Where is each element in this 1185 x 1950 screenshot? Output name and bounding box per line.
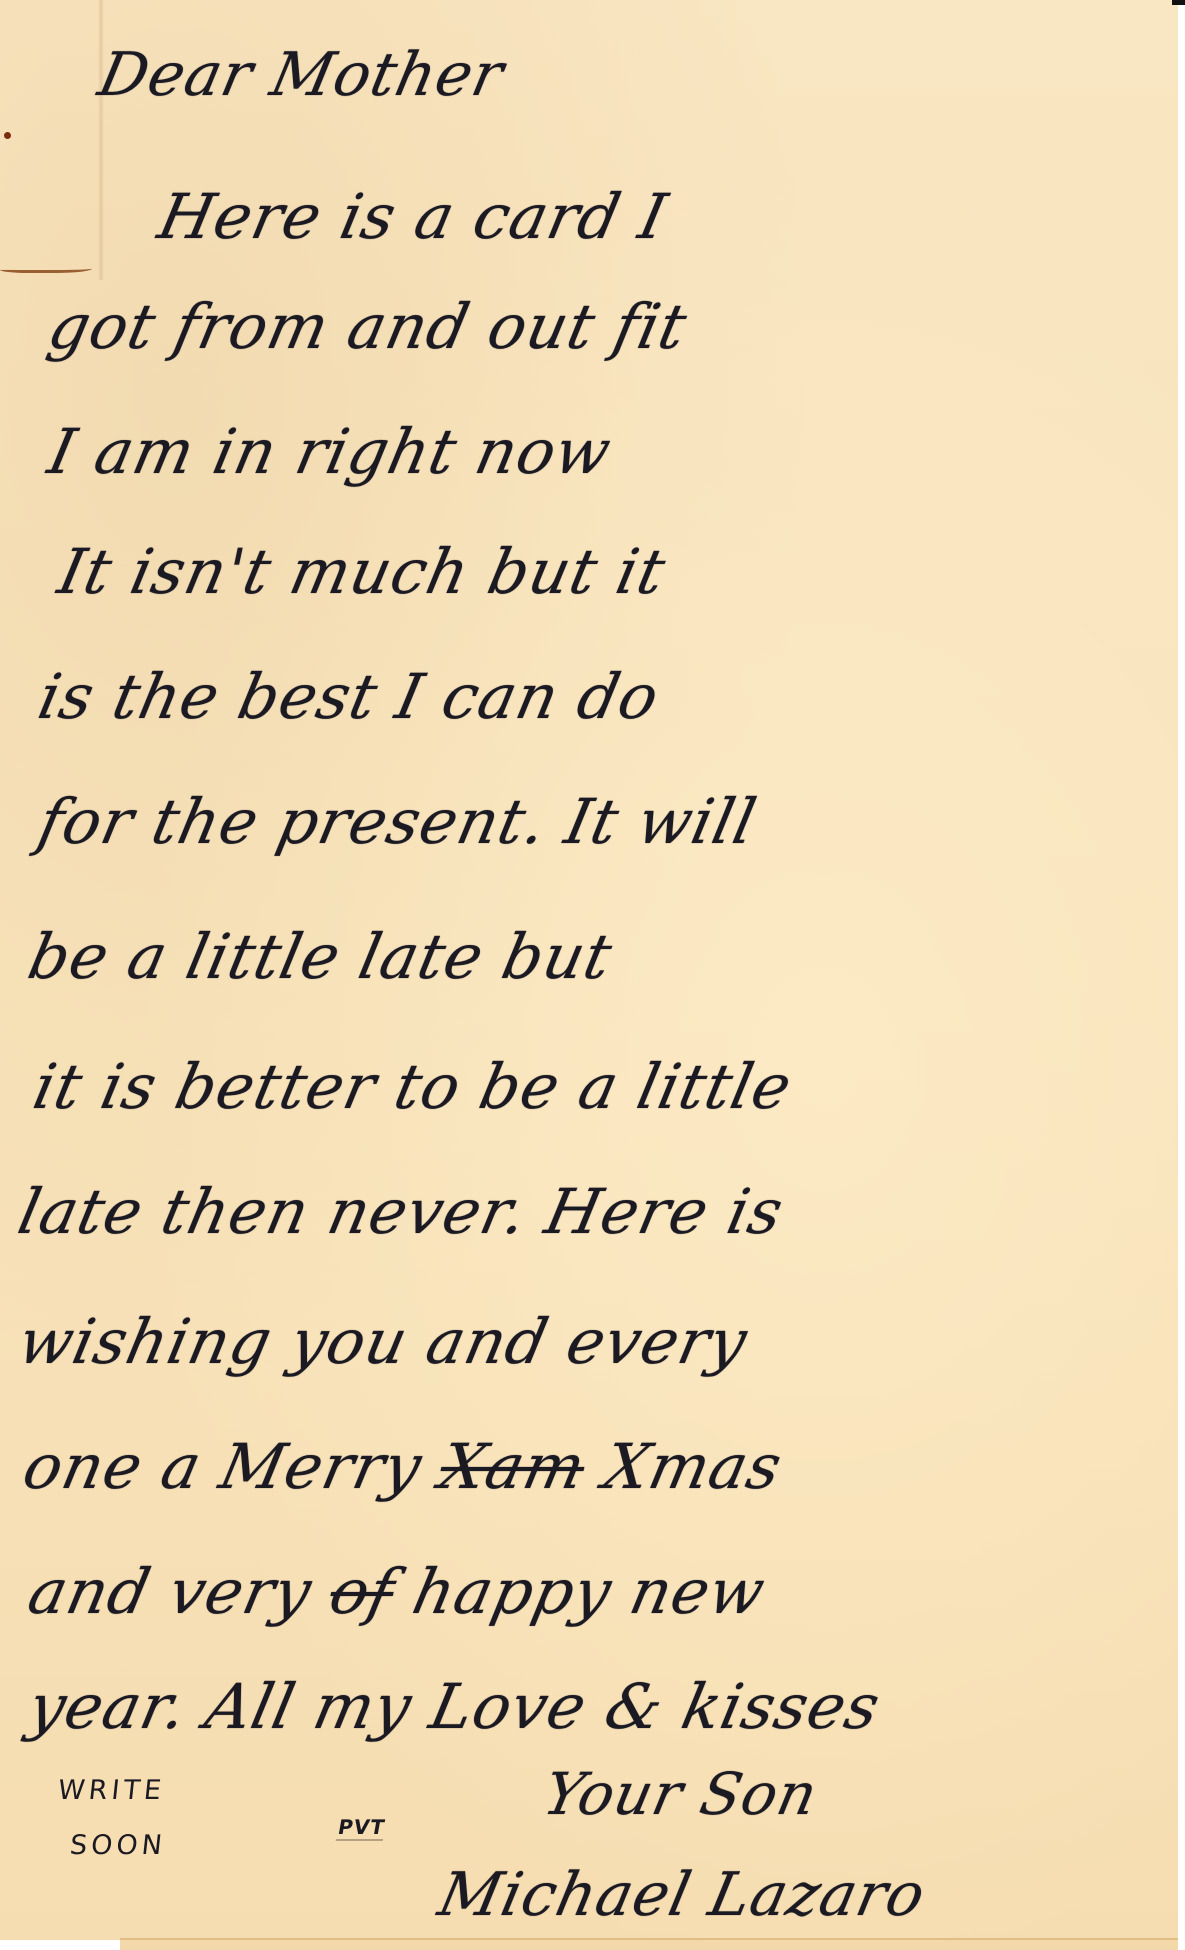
- letter-line-12: and very of happy new: [22, 1555, 772, 1628]
- paper-tear-stain: [0, 262, 92, 273]
- letter-line-8: it is better to be a little: [27, 1050, 798, 1123]
- letter-line-4: It isn't much but it: [52, 535, 672, 608]
- scan-corner-mark: [1172, 0, 1185, 5]
- letter-line-11-end: Xmas: [597, 1430, 788, 1503]
- letter-line-11-text: one a Merry: [17, 1430, 428, 1503]
- scan-margin-bottom: [0, 1940, 120, 1950]
- write-soon-line-1: WRITE: [56, 1775, 166, 1806]
- letter-line-5: is the best I can do: [32, 660, 665, 733]
- letter-line-12-text: and very: [22, 1555, 318, 1628]
- letter-line-3: I am in right now: [42, 415, 618, 488]
- rank-label: PVT: [336, 1815, 387, 1841]
- struck-word: Xam: [434, 1430, 592, 1503]
- letter-salutation: Dear Mother: [93, 40, 511, 110]
- struck-word: of: [324, 1555, 402, 1628]
- letter-line-7: be a little late but: [22, 920, 619, 993]
- scan-margin-right: [1178, 0, 1185, 1950]
- letter-line-12-end: happy new: [407, 1555, 772, 1628]
- letter-line-9: late then never. Here is: [12, 1175, 790, 1248]
- letter-line-13: year. All my Love & kisses: [22, 1670, 886, 1743]
- letter-closing: Your Son: [538, 1760, 824, 1828]
- letter-line-10: wishing you and every: [12, 1305, 754, 1378]
- letter-line-6: for the present. It will: [32, 785, 763, 858]
- letter-line-11: one a Merry Xam Xmas: [17, 1430, 788, 1503]
- paper-bottom-edge: [120, 1938, 1178, 1950]
- letter-signature: Michael Lazaro: [433, 1860, 932, 1930]
- ink-stain-dot: [4, 132, 11, 139]
- paper-fold-crease: [98, 0, 104, 280]
- letter-line-1: Here is a card I: [152, 180, 674, 253]
- letter-line-2: got from and out fit: [42, 290, 693, 363]
- write-soon-line-2: SOON: [68, 1830, 167, 1861]
